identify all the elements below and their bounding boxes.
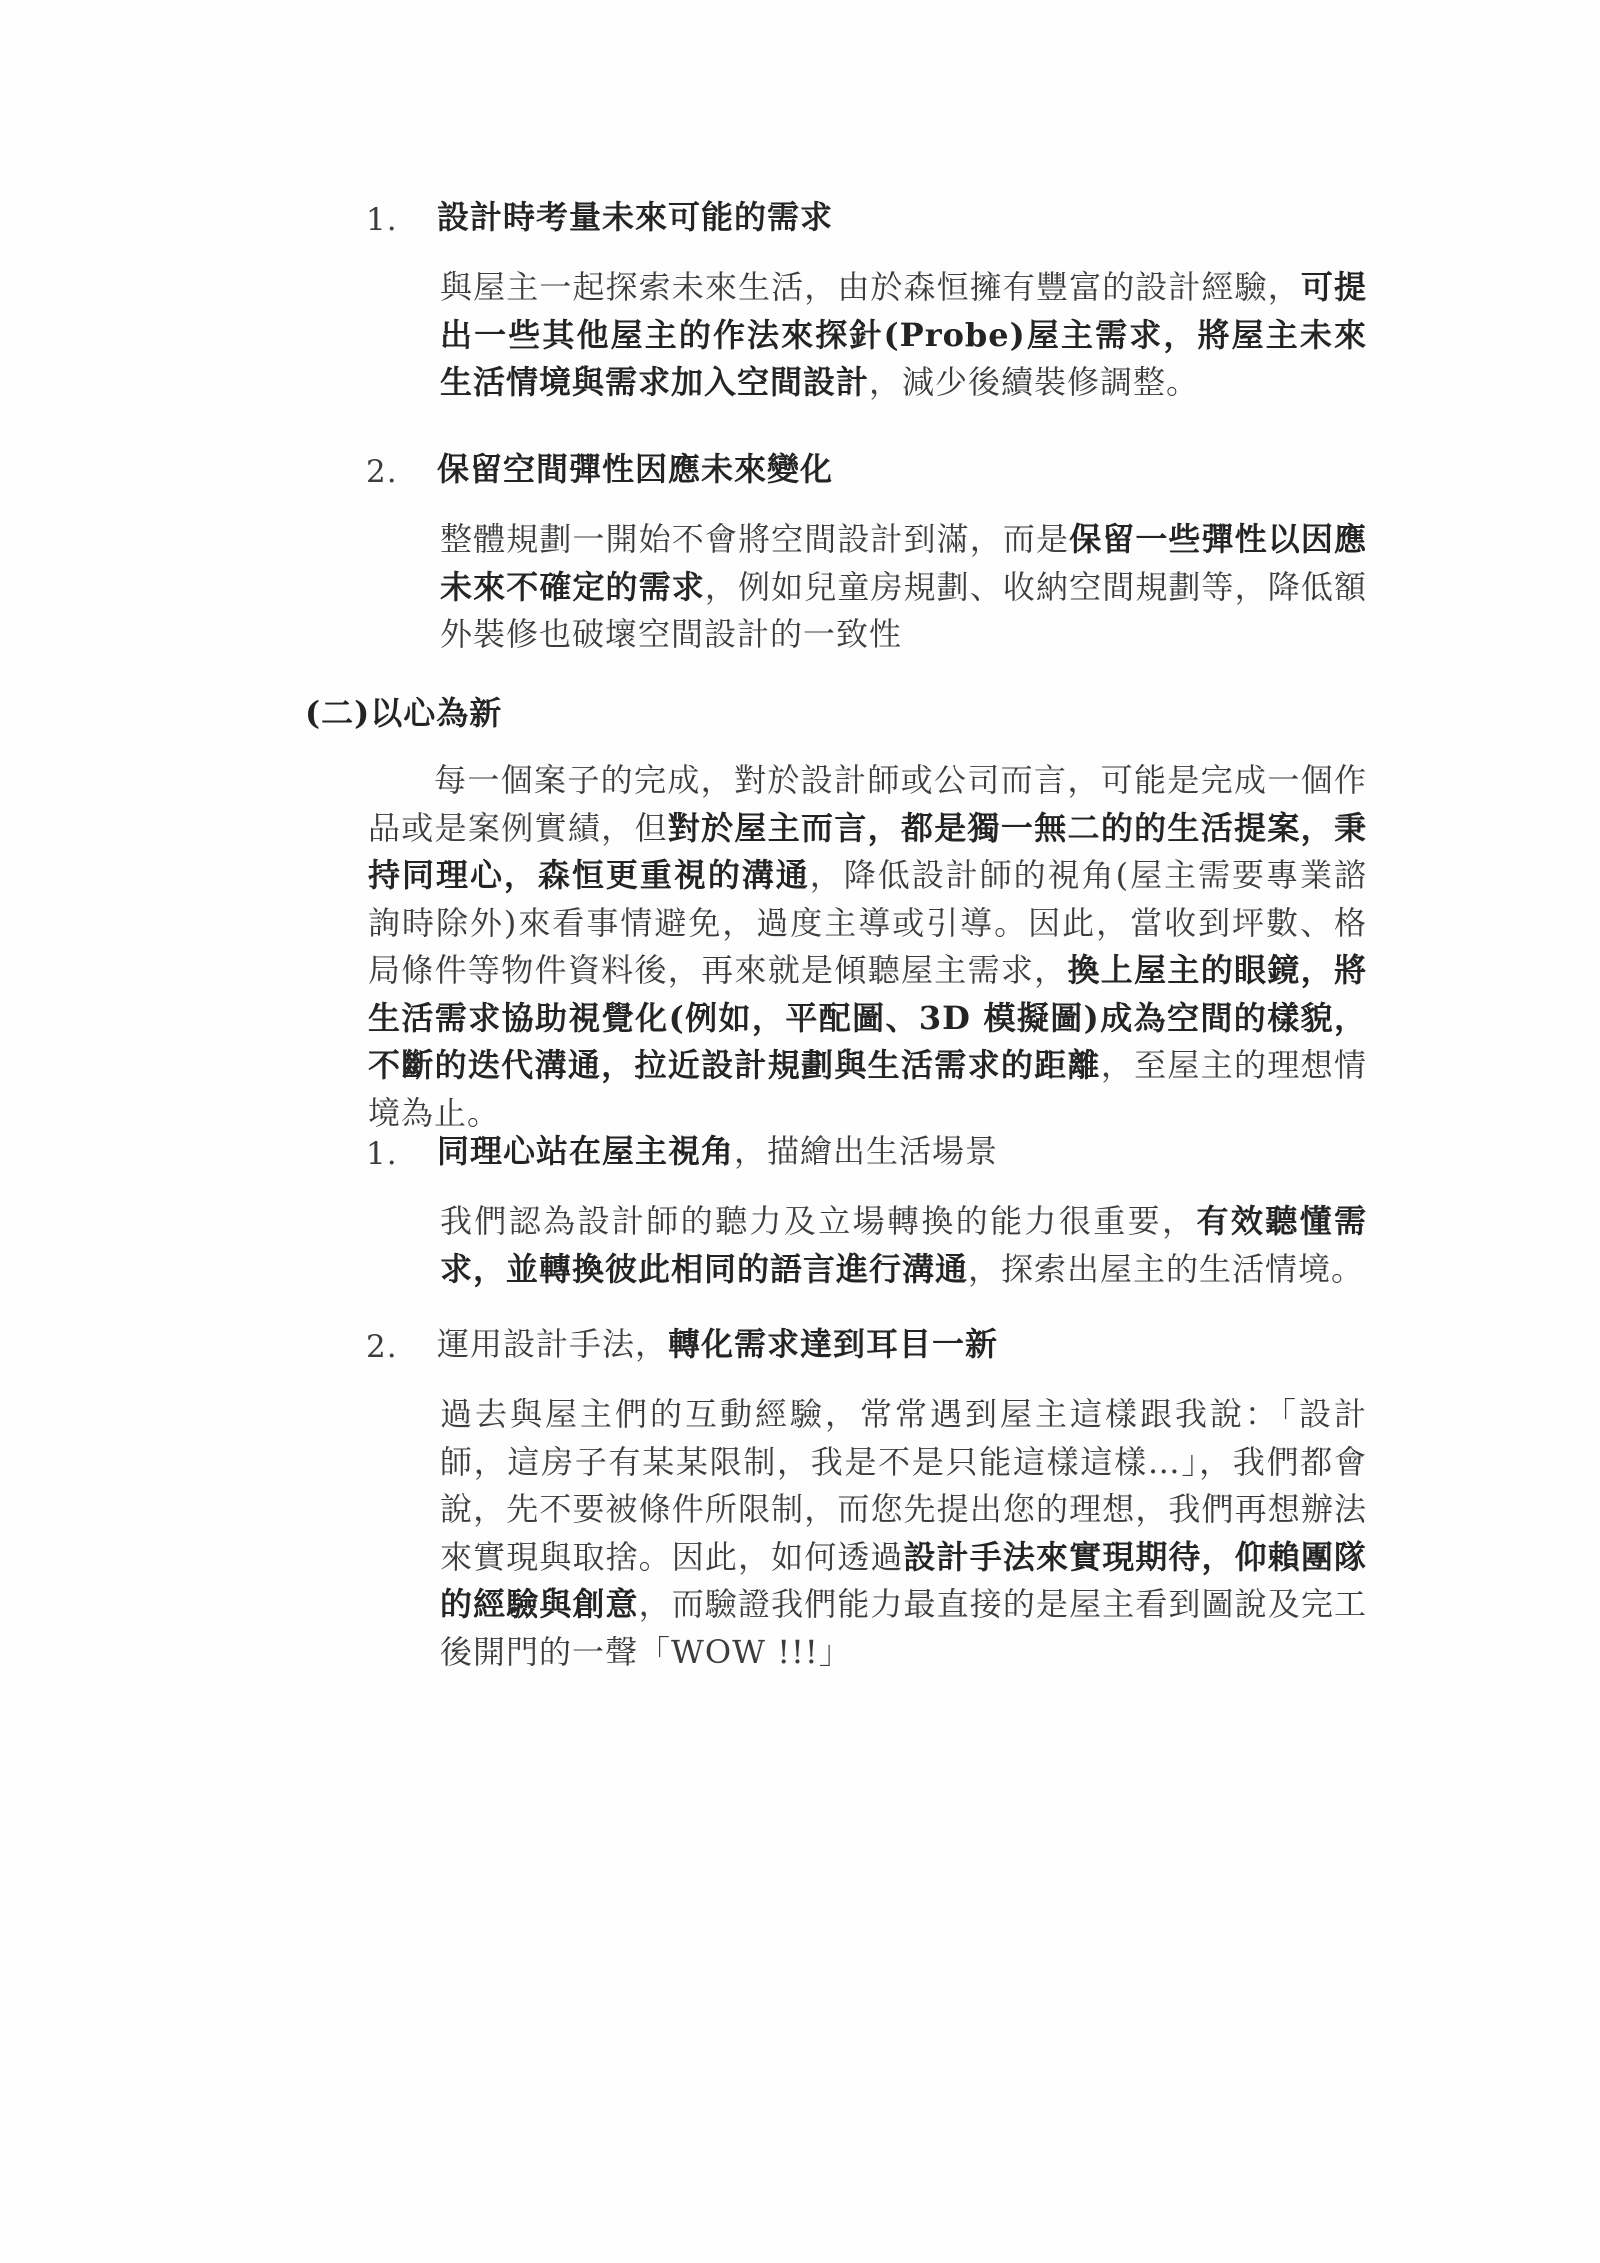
section-heading: (二)以心為新: [305, 690, 1005, 738]
list-item-number: 2.: [366, 449, 398, 497]
list-item-number: 1.: [366, 1131, 398, 1179]
paragraph: 我們認為設計師的聽力及立場轉換的能力很重要，有效聽懂需求，並轉換彼此相同的語言進…: [440, 1198, 1367, 1293]
section-paragraph: 每一個案子的完成，對於設計師或公司而言，可能是完成一個作品或是案例實績，但對於屋…: [368, 757, 1367, 1137]
list-item-heading: 同理心站在屋主視角，描繪出生活場景: [437, 1128, 1377, 1176]
list-item-number: 1.: [366, 197, 398, 245]
paragraph: 過去與屋主們的互動經驗，常常遇到屋主這樣跟我說：「設計師，這房子有某某限制，我是…: [440, 1391, 1367, 1676]
list-item-number: 2.: [366, 1324, 398, 1372]
document-page: 1. 設計時考量未來可能的需求 與屋主一起探索未來生活，由於森恒擁有豐富的設計經…: [0, 0, 1600, 2263]
list-item-heading: 保留空間彈性因應未來變化: [437, 446, 1377, 494]
paragraph: 與屋主一起探索未來生活，由於森恒擁有豐富的設計經驗，可提出一些其他屋主的作法來探…: [440, 264, 1367, 407]
list-item-heading: 設計時考量未來可能的需求: [437, 194, 1377, 242]
paragraph: 整體規劃一開始不會將空間設計到滿，而是保留一些彈性以因應未來不確定的需求，例如兒…: [440, 516, 1367, 659]
list-item-heading: 運用設計手法，轉化需求達到耳目一新: [437, 1321, 1377, 1369]
